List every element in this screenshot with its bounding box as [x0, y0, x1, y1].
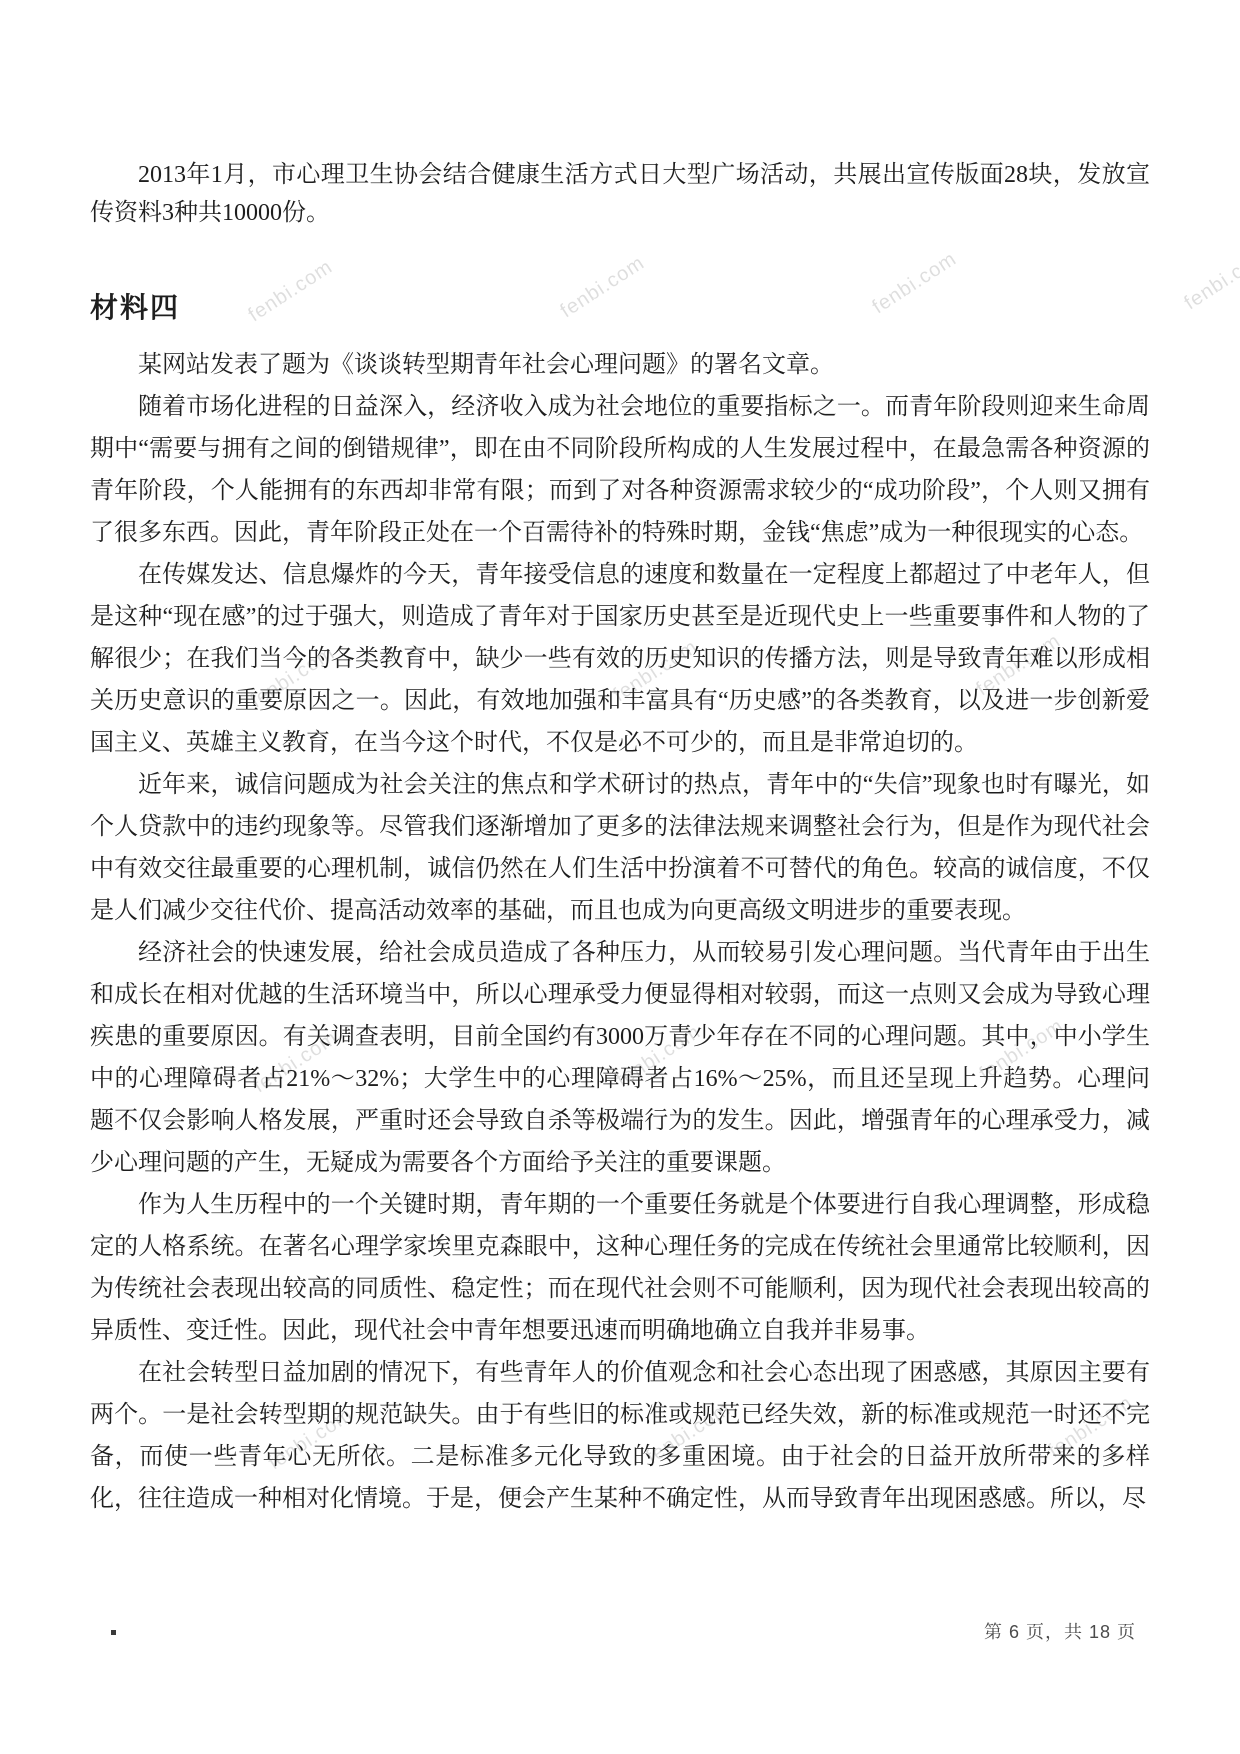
body-paragraph: 随着市场化进程的日益深入，经济收入成为社会地位的重要指标之一。而青年阶段则迎来生… — [90, 386, 1150, 554]
body-paragraph: 在传媒发达、信息爆炸的今天，青年接受信息的速度和数量在一定程度上都超过了中老年人… — [90, 554, 1150, 764]
page-number: 第 6 页，共 18 页 — [984, 1618, 1136, 1644]
watermark: fenbi.com — [1180, 244, 1240, 315]
body-paragraph: 近年来，诚信问题成为社会关注的焦点和学术研讨的热点，青年中的“失信”现象也时有曝… — [90, 764, 1150, 932]
body-paragraph: 在社会转型日益加剧的情况下，有些青年人的价值观念和社会心态出现了困惑感，其原因主… — [90, 1352, 1150, 1520]
intro-section: 2013年1月，市心理卫生协会结合健康生活方式日大型广场活动，共展出宣传版面28… — [90, 156, 1150, 232]
material-body: 某网站发表了题为《谈谈转型期青年社会心理问题》的署名文章。 随着市场化进程的日益… — [90, 344, 1150, 1520]
body-paragraph: 作为人生历程中的一个关键时期，青年期的一个重要任务就是个体要进行自我心理调整，形… — [90, 1184, 1150, 1352]
body-paragraph: 某网站发表了题为《谈谈转型期青年社会心理问题》的署名文章。 — [90, 344, 1150, 386]
section-heading: 材料四 — [90, 286, 1150, 326]
footer-dot — [111, 1630, 116, 1635]
document-page: { "page": { "watermark_text": "fenbi.com… — [0, 0, 1240, 1754]
intro-paragraph: 2013年1月，市心理卫生协会结合健康生活方式日大型广场活动，共展出宣传版面28… — [90, 156, 1150, 232]
body-paragraph: 经济社会的快速发展，给社会成员造成了各种压力，从而较易引发心理问题。当代青年由于… — [90, 932, 1150, 1184]
